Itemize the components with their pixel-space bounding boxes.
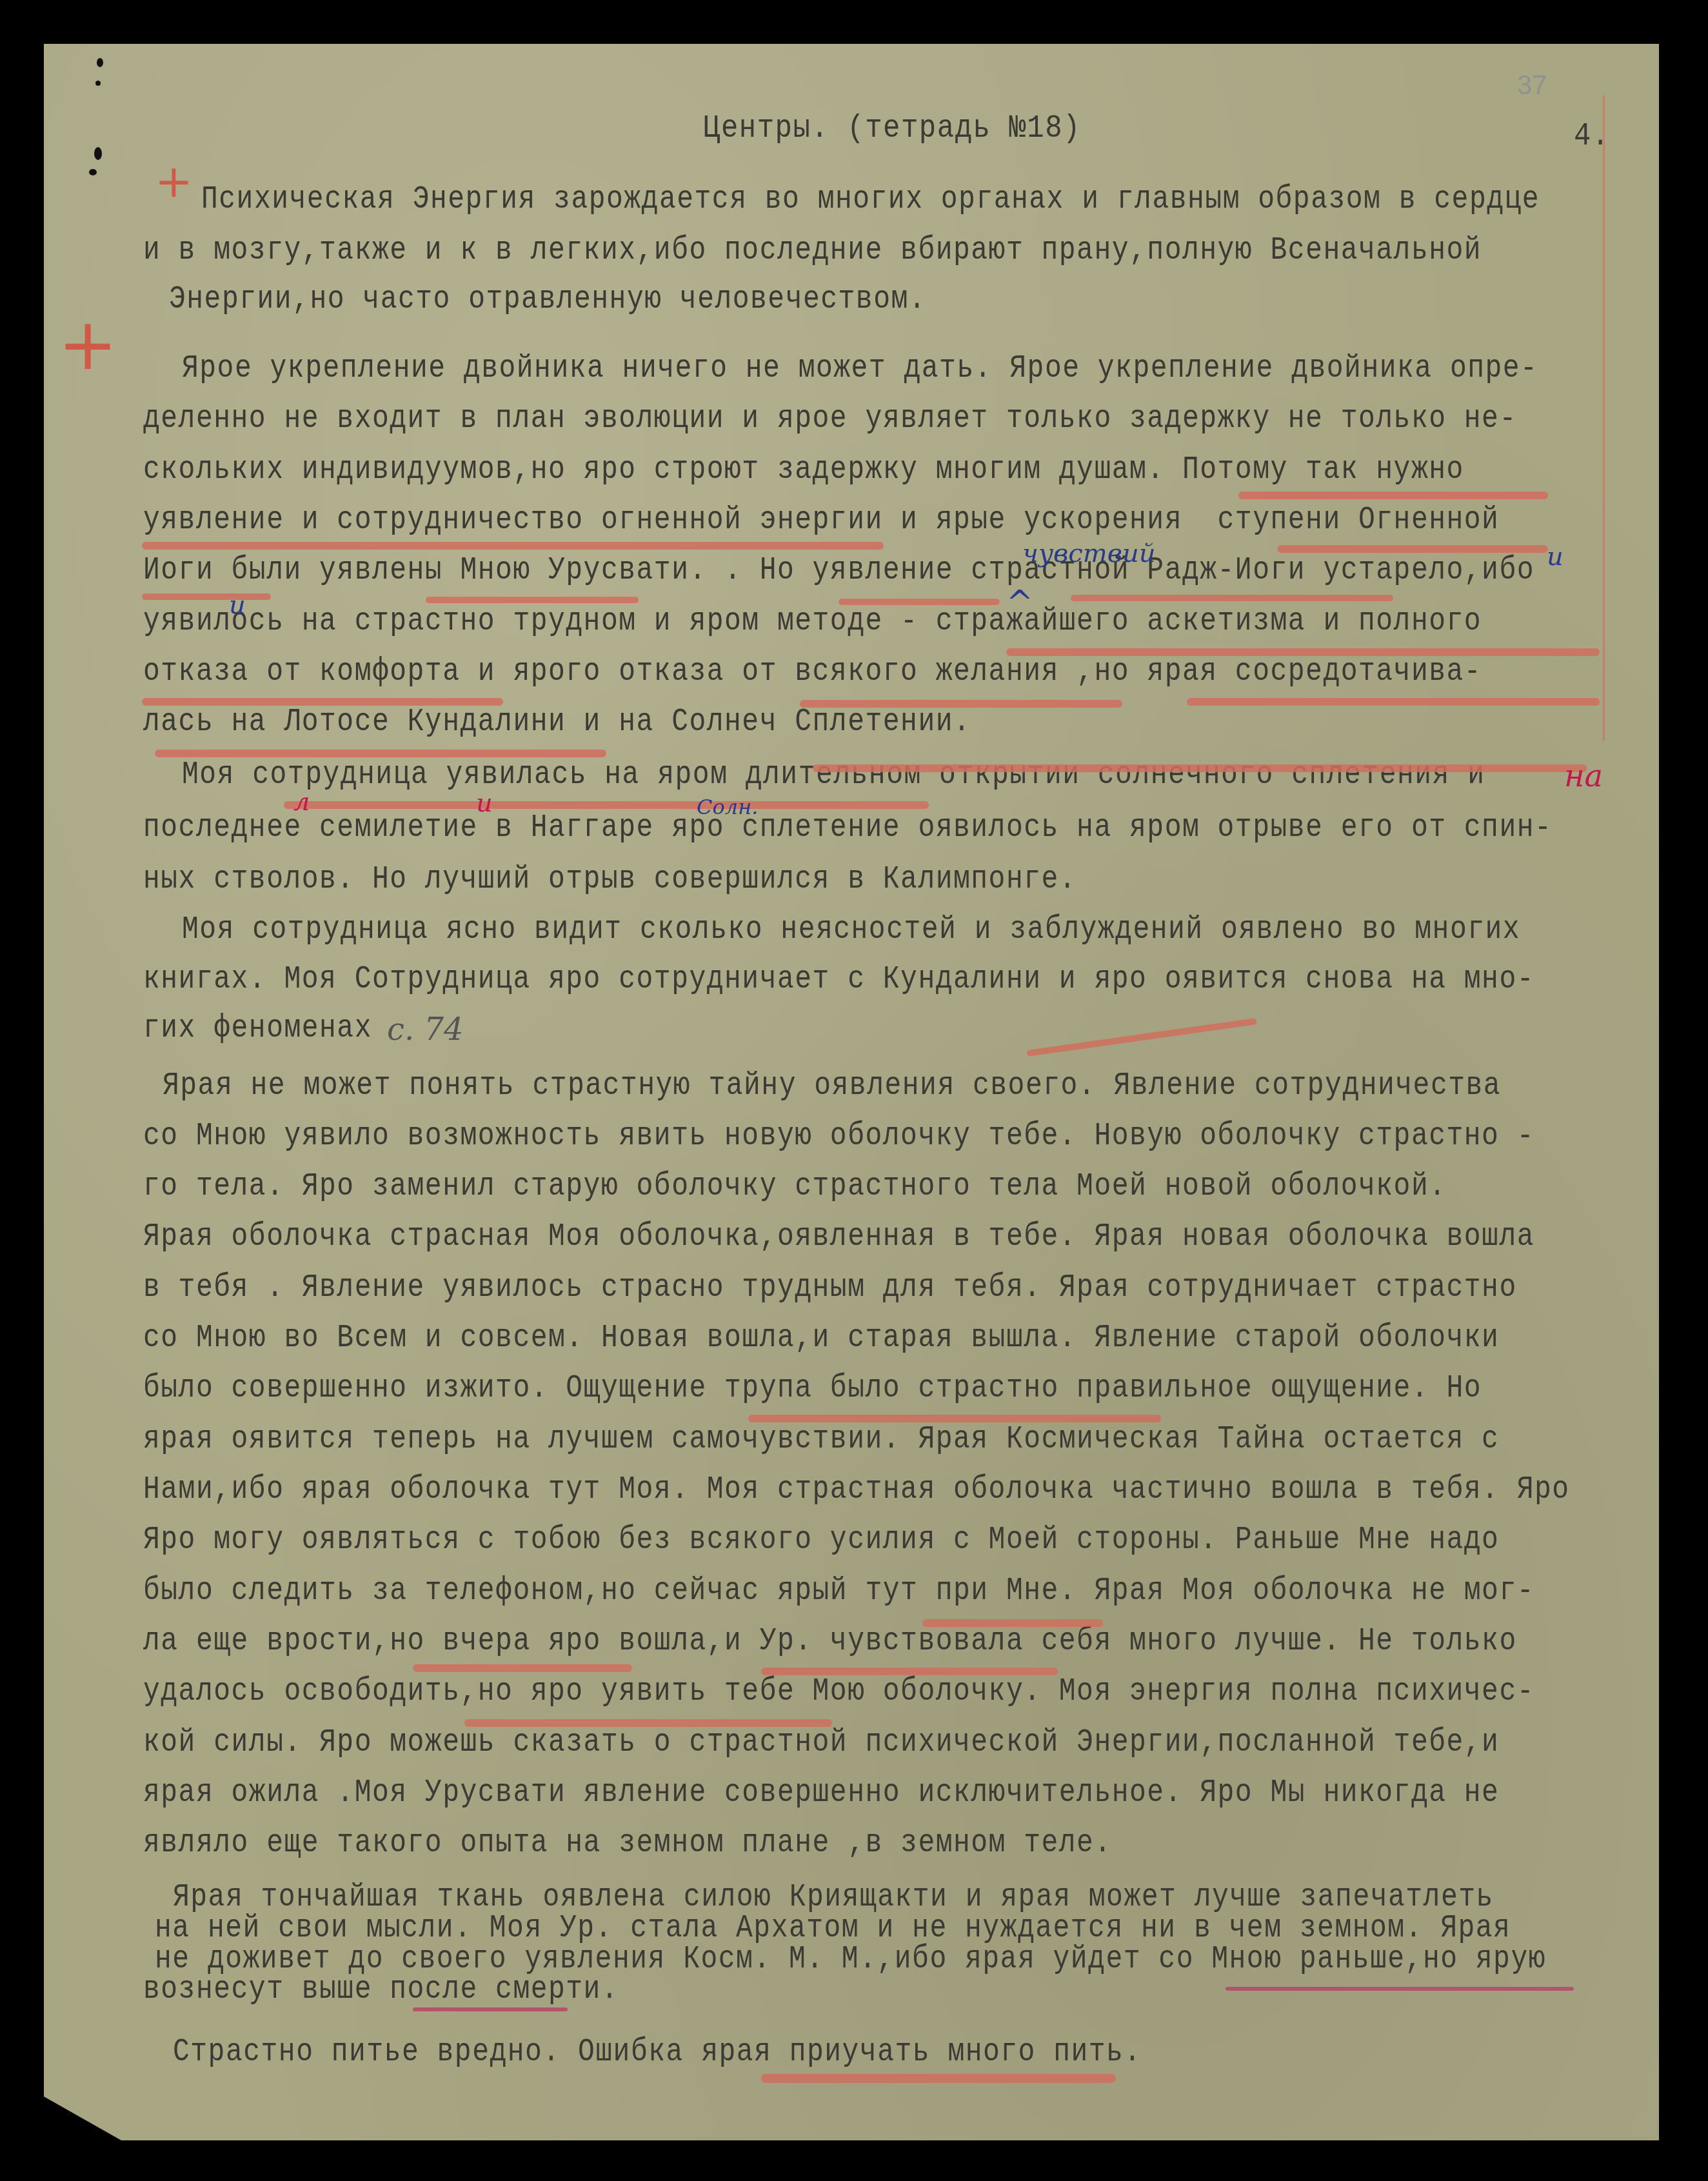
text-line: лась на Лотосе Кундалини и на Солнеч Спл… (143, 704, 971, 740)
handwritten-caret: ^ (1006, 584, 1033, 621)
handwritten-correction: на (1564, 758, 1603, 794)
text-line: гих феноменах (143, 1010, 372, 1046)
underline (155, 750, 606, 757)
underline (142, 542, 884, 550)
text-line: Иоги были уявлены Мною Урусвати. . Но уя… (143, 552, 1534, 588)
underline (1277, 545, 1548, 553)
text-line: книгах. Моя Сотрудница яро сотрудничает … (143, 961, 1534, 997)
text-line: Яро могу оявляться с тобою без всякого у… (143, 1522, 1499, 1558)
text-line: последнее семилетие в Наггаре яро сплете… (143, 810, 1552, 846)
text-line: уявилось на страстно трудном и яром мето… (143, 603, 1482, 639)
text-line: кой силы. Яро можешь сказать о страстной… (143, 1724, 1499, 1760)
text-line: в тебя . Явление уявилось страсно трудны… (143, 1270, 1517, 1306)
text-line: Ярая не может понять страстную тайну ояв… (163, 1068, 1501, 1104)
punch-hole (95, 81, 101, 86)
underline (1238, 492, 1548, 499)
punch-hole (97, 58, 103, 67)
red-cross-mark: + (155, 155, 193, 208)
text-line: являло еще такого опыта на земном плане … (143, 1825, 1112, 1861)
text-line: со Мною во Всем и совсем. Новая вошла,и … (143, 1320, 1499, 1356)
underline (761, 1668, 1058, 1675)
text-line: отказа от комфорта и ярого отказа от вся… (143, 653, 1482, 690)
underline (761, 2074, 1116, 2083)
text-line: было следить за телефоном,но сейчас ярый… (143, 1573, 1534, 1609)
handwritten-correction: и (476, 788, 493, 818)
text-line: ярая оявится теперь на лучшем самочувств… (143, 1421, 1499, 1457)
underline (1187, 698, 1600, 706)
underline (284, 801, 929, 809)
handwritten-correction: и (229, 590, 246, 620)
red-cross-mark: + (58, 303, 117, 386)
underline (800, 700, 1122, 708)
underline (413, 2007, 568, 2011)
underline (839, 599, 1000, 605)
page-title: Центры. (тетрадь №18) (703, 110, 1081, 148)
text-line: Ярое укрепление двойника ничего не может… (182, 350, 1538, 386)
underline (413, 1664, 632, 1672)
underline (922, 1619, 1103, 1627)
text-line: Моя сотрудница уявилась на яром длительн… (182, 757, 1485, 793)
punch-hole (89, 169, 97, 175)
underline (464, 1719, 832, 1727)
folded-corner (44, 2096, 121, 2140)
text-line: ла еще врости,но вчера яро вошла,и Ур. ч… (143, 1623, 1517, 1659)
text-line: Энергии,но часто отравленную человечеств… (169, 281, 926, 317)
underline (142, 593, 271, 600)
underline (748, 1415, 1161, 1422)
text-line: деленно не входит в план эволюции и ярое… (143, 401, 1517, 437)
pencil-margin-note: с. 74 (387, 1011, 463, 1048)
handwritten-correction: чувствий (1022, 539, 1156, 568)
underline (813, 764, 1587, 772)
underline (1006, 648, 1600, 656)
text-line: и в мозгу,также и к в легких,ибо последн… (143, 232, 1482, 268)
underline (1071, 595, 1393, 601)
text-line: Нами,ибо ярая оболочка тут Моя. Моя стра… (143, 1471, 1570, 1508)
text-line: вознесут выше после смерти. (143, 1971, 619, 2007)
red-margin-line (1603, 95, 1605, 741)
text-line: было совершенно изжито. Ощущение трупа б… (143, 1370, 1482, 1406)
text-line: Моя сотрудница ясно видит сколько неясно… (182, 911, 1520, 948)
text-line: Ярая оболочка страсная Моя оболочка,оявл… (143, 1219, 1534, 1255)
text-line: ярая ожила .Моя Урусвати явление соверше… (143, 1775, 1499, 1811)
text-line: ных стволов. Но лучший отрыв совершился … (143, 861, 1077, 897)
text-line: Психическая Энергия зарождается во многи… (201, 181, 1540, 217)
text-line: уявление и сотрудничество огненной энерг… (143, 502, 1499, 538)
archive-number: 37 (1517, 70, 1547, 101)
handwritten-correction: Солн. (697, 795, 758, 819)
underline (1226, 1987, 1574, 1991)
text-line: удалось освободить,но яро уявить тебе Мо… (143, 1673, 1534, 1709)
text-line: го тела. Яро заменил старую оболочку стр… (143, 1168, 1447, 1204)
handwritten-correction: л (293, 787, 310, 817)
underline (426, 597, 639, 603)
handwritten-correction: и (1547, 542, 1564, 572)
text-line: Страстно питье вредно. Ошибка ярая приуч… (173, 2034, 1142, 2070)
underline (142, 698, 503, 706)
text-line: со Мною уявило возможность явить новую о… (143, 1118, 1534, 1154)
text-line: скольких индивидуумов,но яро строют заде… (143, 452, 1464, 488)
punch-hole (94, 147, 102, 160)
